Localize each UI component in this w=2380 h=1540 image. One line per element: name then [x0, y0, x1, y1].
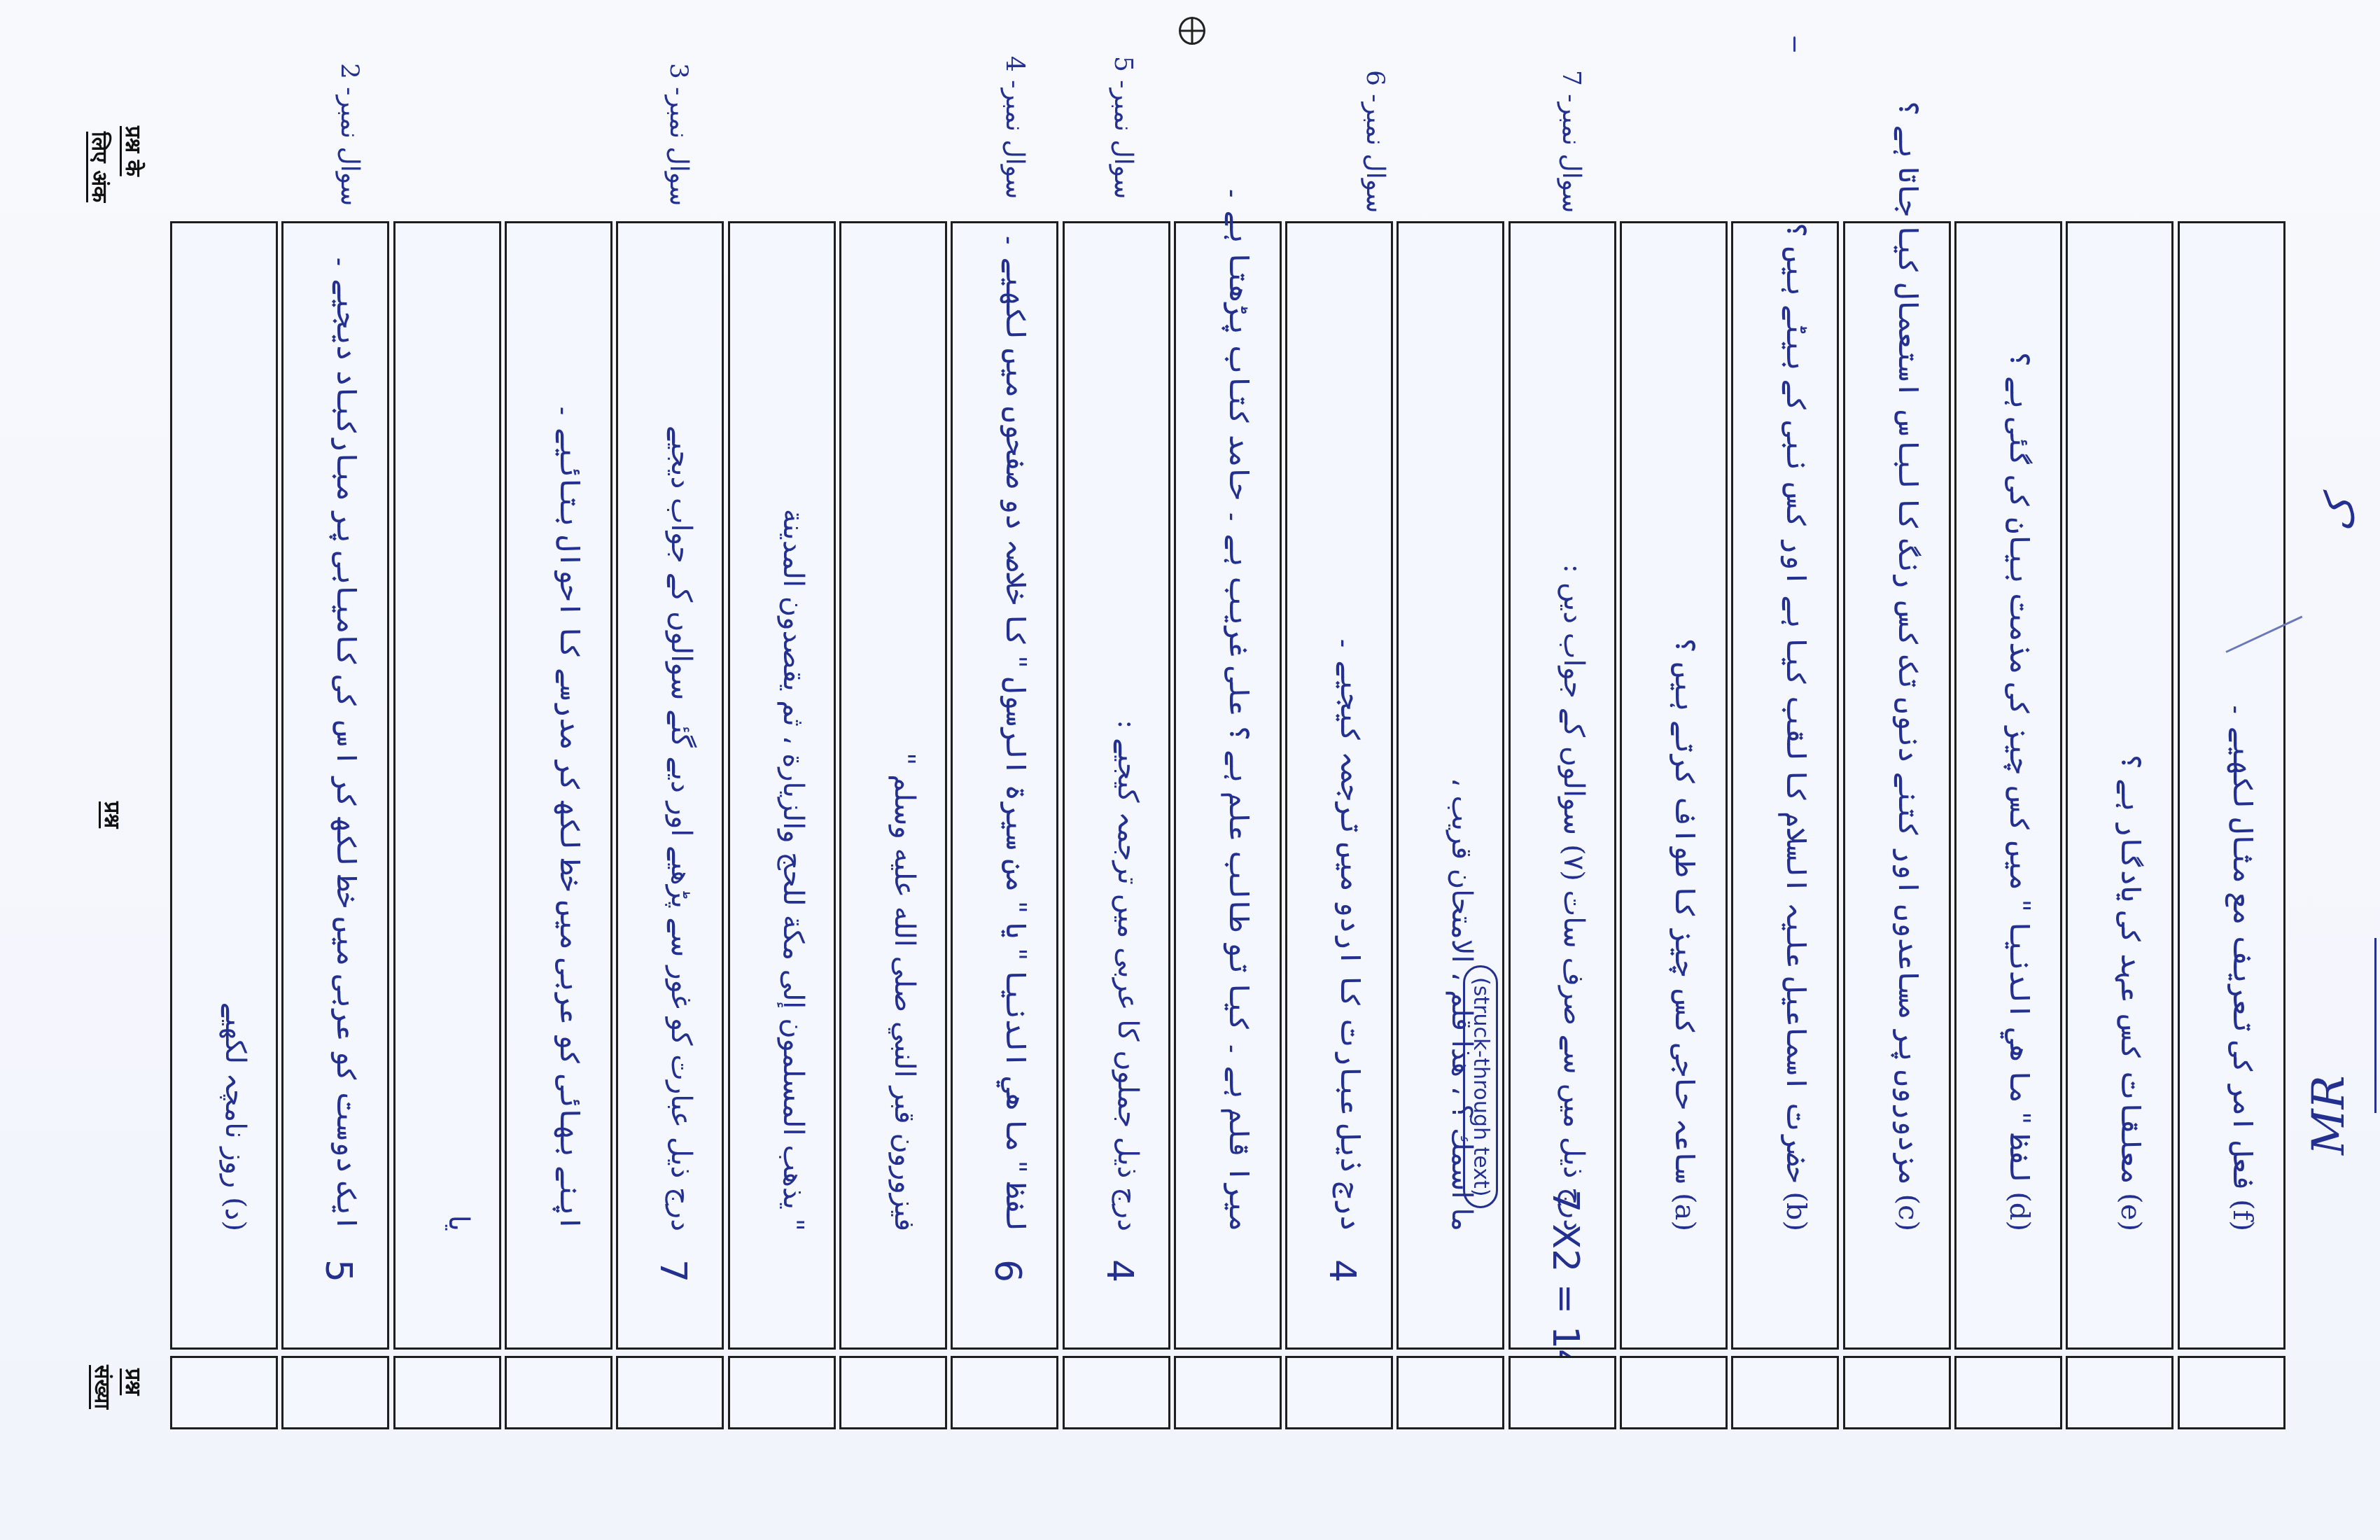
question-number-box[interactable]: [393, 1356, 501, 1429]
scanned-page: प्रश्न के लिए अंक प्रश्न प्रश्न संख्या س…: [0, 0, 2380, 1540]
margin-label-q6: سوال نمبر- 6: [1361, 70, 1389, 213]
question-text: لفظ " ما هي الدنيا " یا " من سيرة الرسول…: [1000, 251, 1031, 1231]
margin-ink-line: [2374, 938, 2376, 1113]
question-row: لفظ " ما هي الدنيا " یا " من سيرة الرسول…: [951, 221, 1058, 1350]
question-number-box[interactable]: [1843, 1356, 1951, 1429]
question-text: اپنے بھائی کو عربی میں خط لکھ کر مدرسے ک…: [554, 251, 585, 1231]
question-row: (d) لفظ " ما هي الدنيا " میں کس چیز کی م…: [1954, 221, 2062, 1350]
question-number-box[interactable]: [1285, 1356, 1393, 1429]
question-number-box[interactable]: [1954, 1356, 2062, 1429]
question-row: (b) حضرت اسماعیل علیہ السلام کا لقب کیا …: [1731, 221, 1839, 1350]
question-row: اپنے بھائی کو عربی میں خط لکھ کر مدرسے ک…: [505, 221, 612, 1350]
question-row: (د) روز نامچہ لکھیے: [170, 221, 278, 1350]
question-row: (c) مزدوروں پر مساعدوں اور کتنے دنوں تک …: [1843, 221, 1951, 1350]
question-text: (b) حضرت اسماعیل علیہ السلام کا لقب کیا …: [1781, 251, 1812, 1231]
question-row: (e) معلقات کس عہد کی یادگار ہے ؟: [2066, 221, 2173, 1350]
question-number-box[interactable]: [281, 1356, 389, 1429]
question-row: درج ذیل جملوں کا عربی میں ترجمہ کیجیے :4: [1063, 221, 1170, 1350]
question-text: (a) ساعہ حاجی کس چیز کا طواف کرتے ہیں ؟: [1669, 251, 1700, 1231]
question-row: درج ذیل عبارت کو غور سے پڑھیے اور دیے گئ…: [616, 221, 724, 1350]
question-text: ایک دوست کو عربی میں خط لکھ کر اس کی کام…: [331, 251, 362, 1231]
question-text: (د) روز نامچہ لکھیے: [220, 251, 251, 1231]
question-text: درج ذیل عبارت کا اردو میں ترجمہ کیجیے ۔: [1335, 251, 1366, 1231]
question-number-box[interactable]: [170, 1356, 278, 1429]
marks-value: 4: [1098, 1259, 1140, 1282]
question-text: (e) معلقات کس عہد کی یادگار ہے ؟: [2115, 251, 2146, 1231]
margin-label-q4: سوال نمبر- 4: [1000, 56, 1029, 199]
question-number-box[interactable]: [1174, 1356, 1282, 1429]
question-number-box[interactable]: [1063, 1356, 1170, 1429]
marks-value: 7: [652, 1259, 694, 1282]
question-number-box[interactable]: [728, 1356, 836, 1429]
question-number-box[interactable]: [2066, 1356, 2173, 1429]
question-text: درج ذیل جملوں کا عربی میں ترجمہ کیجیے :: [1112, 251, 1143, 1231]
question-number-box[interactable]: [1396, 1356, 1504, 1429]
question-number-box[interactable]: [1508, 1356, 1616, 1429]
question-number-box[interactable]: [1620, 1356, 1728, 1429]
marks-value: 5: [317, 1259, 359, 1282]
question-row: یا: [393, 221, 501, 1350]
question-text: (d) لفظ " ما هي الدنيا " میں کس چیز کی م…: [2004, 251, 2035, 1231]
question-text: (f) فعل امر کی تعریف مع مثال لکھیے ۔: [2227, 251, 2258, 1231]
header-marks-line1: प्रश्न के: [120, 126, 148, 176]
question-row: " یذهب المسلمون إلى مكة للحج والزيارة ، …: [728, 221, 836, 1350]
question-row: ایک دوست کو عربی میں خط لکھ کر اس کی کام…: [281, 221, 389, 1350]
margin-label-q3: سوال نمبر- 3: [664, 63, 693, 206]
examiner-signature: MR: [2303, 1075, 2355, 1155]
question-text: فيزورون قبر النبي صلى الله عليه وسلم ": [889, 251, 920, 1231]
marks-value: 7 X2 = 14: [1544, 1189, 1586, 1372]
question-table: (د) روز نامچہ لکھیےایک دوست کو عربی میں …: [170, 221, 2289, 1429]
header-question: प्रश्न: [99, 801, 127, 828]
margin-label-q7: سوال نمبر- 7: [1557, 70, 1585, 213]
question-row: فيزورون قبر النبي صلى الله عليه وسلم ": [839, 221, 947, 1350]
margin-label-q2: سوال نمبر- 2: [335, 63, 364, 206]
question-text: درج ذیل عبارت کو غور سے پڑھیے اور دیے گئ…: [666, 251, 696, 1231]
question-text: " یذهب المسلمون إلى مكة للحج والزيارة ، …: [778, 251, 808, 1231]
question-number-box[interactable]: [616, 1356, 724, 1429]
question-number-box[interactable]: [505, 1356, 612, 1429]
question-number-box[interactable]: [839, 1356, 947, 1429]
question-number-box[interactable]: [2178, 1356, 2285, 1429]
marks-value: 6: [986, 1259, 1028, 1282]
question-row: میرا قلم ہے ۔ کیا تو طالب علم ہے ؟ علی غ…: [1174, 221, 1282, 1350]
question-number-box[interactable]: [1731, 1356, 1839, 1429]
ink-mark: [1793, 36, 1795, 52]
question-text: (c) مزدوروں پر مساعدوں اور کتنے دنوں تک …: [1893, 251, 1924, 1231]
margin-label-q5: سوال نمبر- 5: [1109, 56, 1137, 199]
question-text: یا: [443, 251, 474, 1231]
initial-signature: ک: [2317, 497, 2362, 532]
question-text: درج ذیل میں سے صرف سات (۷) سوالوں کے جوا…: [1558, 251, 1589, 1231]
question-number-box[interactable]: [951, 1356, 1058, 1429]
question-row: درج ذیل عبارت کا اردو میں ترجمہ کیجیے ۔4: [1285, 221, 1393, 1350]
registration-mark-icon: [1179, 17, 1205, 45]
question-text: میرا قلم ہے ۔ کیا تو طالب علم ہے ؟ علی غ…: [1224, 251, 1254, 1231]
struck-out-answer: (struck-through text): [1463, 965, 1498, 1208]
marks-value: 4: [1321, 1259, 1363, 1282]
question-row: (f) فعل امر کی تعریف مع مثال لکھیے ۔: [2178, 221, 2285, 1350]
question-row: (a) ساعہ حاجی کس چیز کا طواف کرتے ہیں ؟: [1620, 221, 1728, 1350]
header-marks-line2: लिए अंक: [86, 132, 115, 202]
question-row: درج ذیل میں سے صرف سات (۷) سوالوں کے جوا…: [1508, 221, 1616, 1350]
question-row: ما اسمك ؟ ، هذا قلم ، الامتحان قريب ،(st…: [1396, 221, 1504, 1350]
header-qno-line1: प्रश्न: [120, 1368, 148, 1395]
header-qno-line2: संख्या: [89, 1365, 118, 1409]
